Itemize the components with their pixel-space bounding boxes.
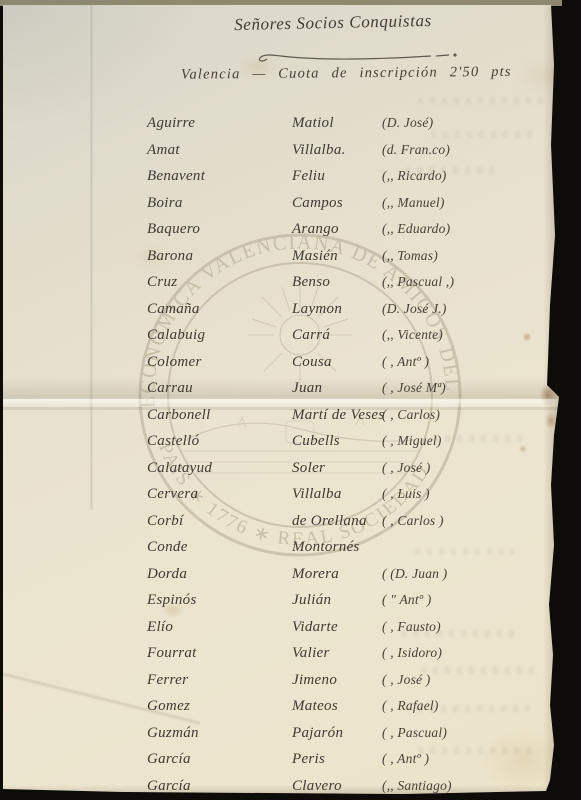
member-given-name: (,, Ricardo) [382,168,447,184]
member-given-name: (D. José) [382,115,433,131]
member-row: CondeMontornés [147,539,547,566]
member-row: ElíoVidarte( , Fausto) [147,619,547,646]
ink-bleedthrough [418,97,548,104]
vertical-fold-crease [89,5,93,510]
member-row: CarrauJuan( , José Mª) [147,380,547,407]
member-row: GomezMateos( , Rafael) [147,698,547,725]
member-row: CalabuigCarrá(,, Vicente) [147,327,547,354]
member-surname: Corbí [147,513,292,530]
member-surname: Gomez [147,698,292,715]
scan-background: ECONÓMICA VALENCIANA DE AMIGOS DEL PAÍS … [0,0,581,800]
member-surname: Amat [147,142,292,159]
member-row: BaronaMasién(,, Tomas) [147,248,547,275]
member-surname: Fourrat [147,645,292,662]
member-given-name: (,, Pascual ,) [382,274,454,290]
member-given-name: (,, Manuel) [382,195,445,211]
member-given-name: ( , Carlos ) [382,513,444,529]
member-second-surname: Valier [292,645,382,662]
member-surname: Elío [147,619,292,636]
member-given-name: ( , Rafael) [382,698,439,714]
member-given-name: (d. Fran.co) [382,142,450,158]
member-row: BoiraCampos(,, Manuel) [147,195,547,222]
member-row: BenaventFeliu(,, Ricardo) [147,168,547,195]
member-second-surname: Julián [292,592,382,609]
member-second-surname: Mateos [292,698,382,715]
document-title: Señores Socios Conquistas [173,10,493,37]
member-second-surname: Campos [292,195,382,212]
member-given-name: (,, Tomas) [382,248,438,264]
member-row: CarbonellMartí de Veses( , Carlos) [147,407,547,434]
member-surname: Carrau [147,380,292,397]
member-given-name: (,, Eduardo) [382,221,450,237]
member-surname: Baquero [147,221,292,238]
member-row: AmatVillalba.(d. Fran.co) [147,142,547,169]
member-second-surname: Cousa [292,354,382,371]
member-surname: Conde [147,539,292,556]
member-second-surname: Jimeno [292,672,382,689]
member-given-name: (,, Vicente) [382,327,443,343]
member-row: BaqueroArango(,, Eduardo) [147,221,547,248]
member-surname: Castelló [147,433,292,450]
paper-edge-shadow [543,5,559,795]
member-second-surname: Arango [292,221,382,238]
document-page: ECONÓMICA VALENCIANA DE AMIGOS DEL PAÍS … [3,5,559,795]
member-second-surname: Soler [292,460,382,477]
member-surname: Calabuig [147,327,292,344]
member-given-name: ( , Isidoro) [382,645,442,661]
member-given-name: ( , Pascual) [382,725,447,741]
member-surname: Ferrer [147,672,292,689]
member-row: CastellóCubells( , Miguel) [147,433,547,460]
member-row: ColomerCousa( , Antº ) [147,354,547,381]
member-row: GuzmánPajarón( , Pascual) [147,725,547,752]
member-given-name: ( , Antº ) [382,354,429,370]
member-second-surname: de Orellana [292,513,382,530]
member-second-surname: Matiol [292,115,382,132]
member-surname: Benavent [147,168,292,185]
member-given-name: ( , Carlos) [382,407,440,423]
member-row: FerrerJimeno( , José ) [147,672,547,699]
member-second-surname: Cubells [292,433,382,450]
member-given-name: ( , José ) [382,672,430,688]
members-list: AguirreMatiol(D. José)AmatVillalba.(d. F… [147,115,547,800]
member-row: CamañaLaymon(D. José J.) [147,301,547,328]
member-row: GarcíaPeris( , Antº ) [147,751,547,778]
member-second-surname: Laymon [292,301,382,318]
member-row: EspinósJulián( " Antº ) [147,592,547,619]
member-surname: Dorda [147,566,292,583]
member-second-surname: Martí de Veses [292,407,382,424]
member-row: CerveraVillalba( , Luis ) [147,486,547,513]
member-surname: Cervera [147,486,292,503]
member-surname: Carbonell [147,407,292,424]
member-second-surname: Vidarte [292,619,382,636]
member-given-name: ( , José ) [382,460,430,476]
member-given-name: ( , Fausto) [382,619,441,635]
member-given-name: ( , Miguel) [382,433,442,449]
member-surname: Camaña [147,301,292,318]
member-second-surname: Juan [292,380,382,397]
member-second-surname: Benso [292,274,382,291]
paper-bottom-shadow [3,785,559,795]
member-given-name: ( " Antº ) [382,592,431,608]
member-given-name: ( (D. Juan ) [382,566,447,582]
member-second-surname: Feliu [292,168,382,185]
member-given-name: ( , Antº ) [382,751,429,767]
member-second-surname: Pajarón [292,725,382,742]
member-second-surname: Villalba. [292,142,382,159]
member-row: FourratValier( , Isidoro) [147,645,547,672]
member-surname: Cruz [147,274,292,291]
member-surname: Barona [147,248,292,265]
member-surname: Aguirre [147,115,292,132]
member-second-surname: Montornés [292,539,382,556]
member-row: CruzBenso(,, Pascual ,) [147,274,547,301]
member-second-surname: Carrá [292,327,382,344]
member-given-name: ( , Luis ) [382,486,430,502]
member-second-surname: Morera [292,566,382,583]
member-second-surname: Villalba [292,486,382,503]
member-second-surname: Peris [292,751,382,768]
member-row: CalatayudSoler( , José ) [147,460,547,487]
member-row: DordaMorera( (D. Juan ) [147,566,547,593]
member-surname: Guzmán [147,725,292,742]
member-given-name: (D. José J.) [382,301,447,317]
member-surname: Colomer [147,354,292,371]
member-row: AguirreMatiol(D. José) [147,115,547,142]
member-surname: Boira [147,195,292,212]
member-surname: Espinós [147,592,292,609]
member-surname: Calatayud [147,460,292,477]
document-subtitle: Valencia — Cuota de inscripción 2'50 pts [181,63,566,83]
member-surname: García [147,751,292,768]
member-second-surname: Masién [292,248,382,265]
member-row: Corbíde Orellana( , Carlos ) [147,513,547,540]
member-given-name: ( , José Mª) [382,380,446,396]
